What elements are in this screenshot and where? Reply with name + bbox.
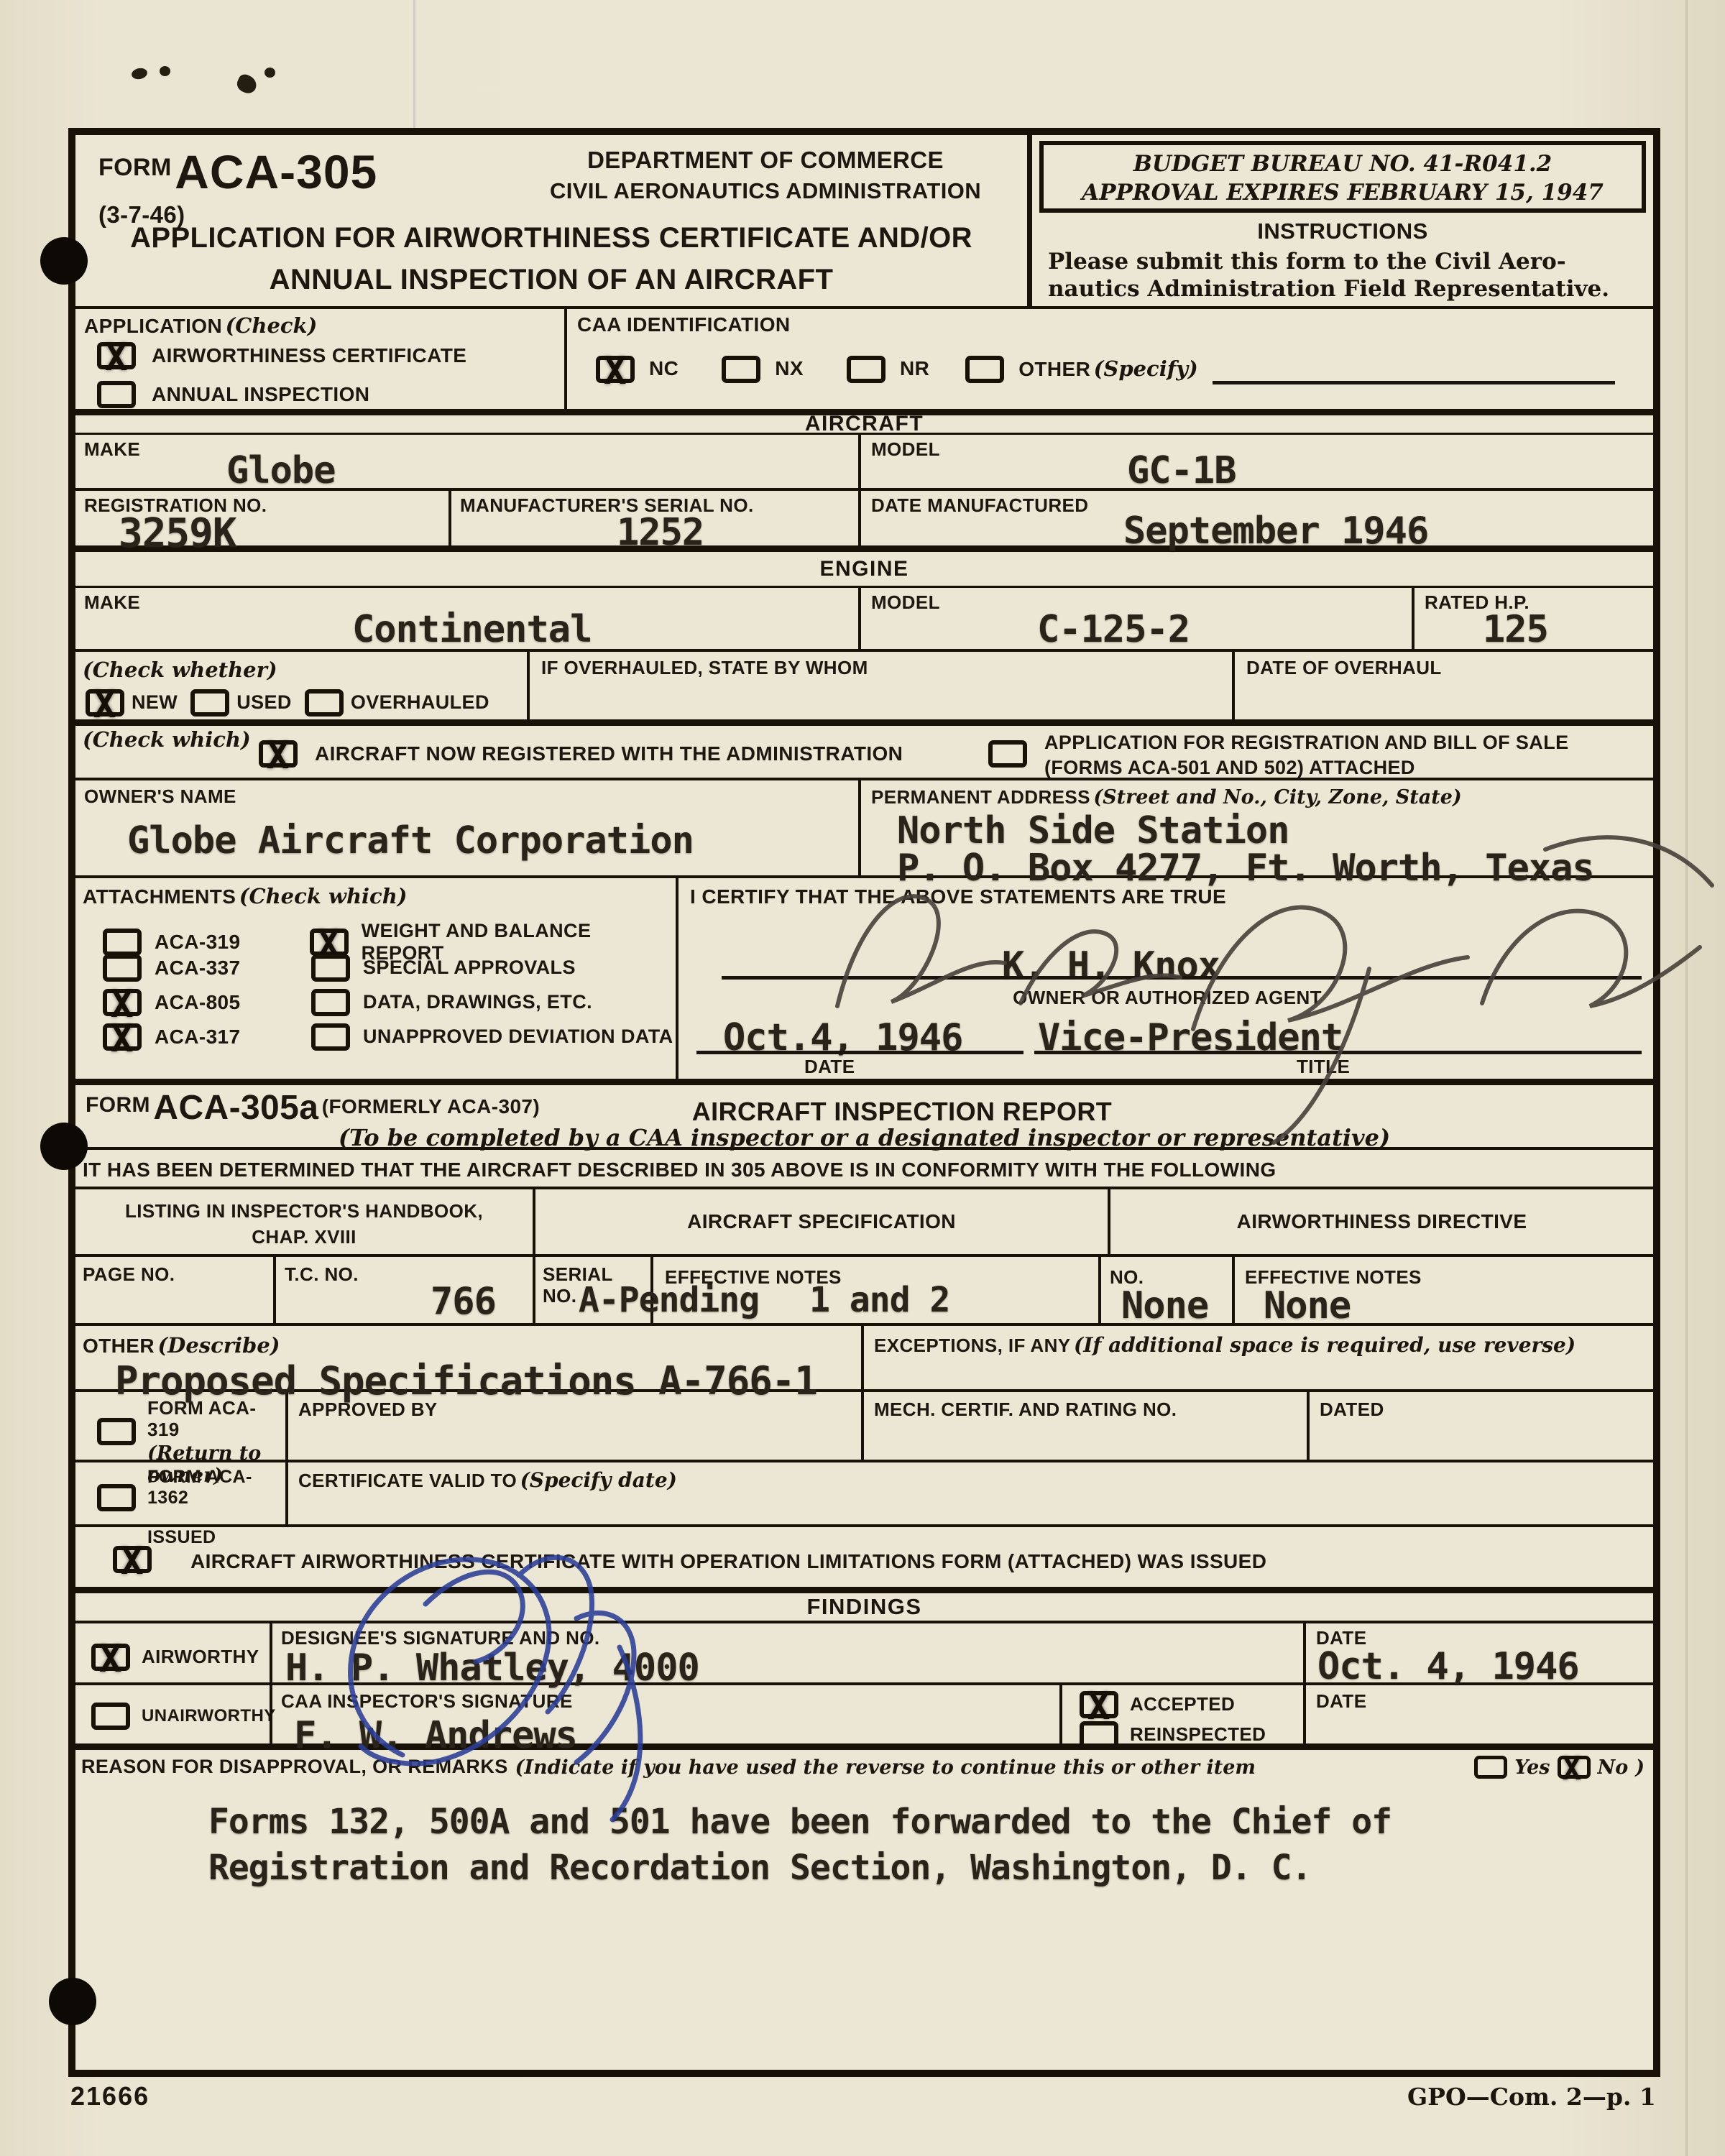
scan-crease	[1685, 0, 1688, 2156]
owner-address-line1: North Side Station	[897, 812, 1289, 849]
ink-speck	[234, 73, 259, 96]
valid-to-label-hint: (Specify date)	[520, 1468, 677, 1492]
form-319-checkbox	[97, 1418, 136, 1445]
remarks-no-label: No	[1598, 1756, 1629, 1779]
application-attached-option: APPLICATION FOR REGISTRATION AND BILL OF…	[988, 732, 1569, 779]
nc-checkbox	[596, 356, 635, 383]
application-attached-checkbox	[988, 740, 1027, 768]
caa-identification-section: CAA IDENTIFICATION NC NX NR OTHER (Speci…	[564, 309, 1653, 409]
caa-inspector-typed: F. W. Andrews	[294, 1717, 577, 1754]
conformity-statement: IT HAS BEEN DETERMINED THAT THE AIRCRAFT…	[83, 1158, 1276, 1181]
inspection-form-label: FORM	[86, 1093, 150, 1117]
instructions-line2: nautics Administration Field Representat…	[1032, 275, 1653, 302]
ink-speck	[131, 67, 149, 80]
overhauled-checkbox	[305, 689, 344, 717]
valid-to-label: CERTIFICATE VALID TO (Specify date)	[298, 1468, 677, 1492]
reinspected-option: REINSPECTED	[1080, 1721, 1266, 1749]
aca-317-checkbox	[103, 1023, 142, 1051]
listing-header-cell: LISTING IN INSPECTOR'S HANDBOOK, CHAP. X…	[75, 1189, 533, 1254]
nr-label: NR	[900, 357, 929, 380]
caa-inspector-cell: CAA INSPECTOR'S SIGNATURE F. W. Andrews	[270, 1685, 1059, 1743]
other-id-label-main: OTHER	[1018, 358, 1090, 380]
owner-name-value: Globe Aircraft Corporation	[127, 822, 694, 860]
tc-no-cell: T.C. NO. 766	[273, 1257, 533, 1323]
used-label: USED	[236, 691, 292, 714]
remarks-label-hint: (Indicate if you have used the reverse t…	[515, 1756, 1256, 1779]
registration-status-row: (Check which) AIRCRAFT NOW REGISTERED WI…	[75, 726, 1653, 780]
remarks-label-close: )	[1635, 1756, 1644, 1779]
aircraft-make-model-row: MAKE Globe MODEL GC-1B	[75, 435, 1653, 491]
registered-label: AIRCRAFT NOW REGISTERED WITH THE ADMINIS…	[315, 742, 903, 765]
engine-make-cell: MAKE Continental	[75, 588, 858, 649]
findings-row-1: AIRWORTHY DESIGNEE'S SIGNATURE AND NO. H…	[75, 1623, 1653, 1685]
inspection-table-value-row: PAGE NO. T.C. NO. 766 SERIAL NO. EFFECTI…	[75, 1254, 1653, 1326]
used-checkbox	[190, 689, 229, 717]
date-manufactured-value: September 1946	[1123, 512, 1428, 550]
application-section: APPLICATION (Check) AIRWORTHINESS CERTIF…	[75, 309, 564, 409]
aircraft-section-band: AIRCRAFT	[75, 415, 1653, 435]
accepted-date-label: DATE	[1316, 1691, 1366, 1713]
findings-row-2: UNAIRWORTHY CAA INSPECTOR'S SIGNATURE F.…	[75, 1685, 1653, 1750]
certification-section: I CERTIFY THAT THE ABOVE STATEMENTS ARE …	[676, 878, 1653, 1079]
dated-label: DATED	[1320, 1399, 1384, 1421]
engine-condition-cell: (Check whether) NEW USED OVERHAULED	[75, 652, 527, 719]
inspection-form-number: ACA-305a	[153, 1089, 318, 1127]
registration-no-cell: REGISTRATION NO. 3259K	[75, 491, 448, 545]
date-line	[696, 1051, 1023, 1054]
other-id-checkbox	[965, 356, 1004, 383]
form-header-left: FORM ACA-305 (3-7-46) DEPARTMENT OF COMM…	[75, 135, 1027, 306]
department-block: DEPARTMENT OF COMMERCE CIVIL AERONAUTICS…	[507, 147, 1024, 204]
owner-address-label: PERMANENT ADDRESS (Street and No., City,…	[871, 786, 1462, 808]
inspection-title: AIRCRAFT INSPECTION REPORT	[579, 1097, 1225, 1126]
findings-title: FINDINGS	[806, 1594, 921, 1620]
unapproved-deviation-label: UNAPPROVED DEVIATION DATA	[363, 1026, 673, 1048]
ink-speck	[160, 66, 170, 76]
nx-label: NX	[775, 357, 804, 380]
other-label-main: OTHER	[83, 1335, 155, 1357]
other-exceptions-row: OTHER (Describe) Proposed Specifications…	[75, 1326, 1653, 1392]
application-option-annual: ANNUAL INSPECTION	[97, 381, 369, 408]
new-checkbox	[86, 689, 124, 717]
caa-identification-label: CAA IDENTIFICATION	[577, 313, 791, 336]
engine-hp-cell: RATED H.P. 125	[1412, 588, 1653, 649]
unairworthy-cell: UNAIRWORTHY	[75, 1685, 270, 1743]
remarks-section: REASON FOR DISAPPROVAL, OR REMARKS (Indi…	[75, 1750, 1653, 2068]
annual-inspection-checkbox	[97, 381, 136, 408]
aca-319-checkbox	[103, 929, 142, 956]
issued-statement-row: AIRCRAFT AIRWORTHINESS CERTIFICATE WITH …	[75, 1527, 1653, 1593]
check-which-hint: (Check which)	[83, 727, 251, 752]
unairworthy-option: UNAIRWORTHY	[91, 1703, 276, 1730]
scanned-form-page: FORM ACA-305 (3-7-46) DEPARTMENT OF COMM…	[0, 0, 1725, 2156]
other-label-hint: (Describe)	[157, 1333, 280, 1358]
application-label-main: APPLICATION	[84, 315, 222, 337]
aca-337-label: ACA-337	[155, 957, 298, 980]
form-id-block: FORM ACA-305 (3-7-46)	[98, 145, 377, 229]
form-number: ACA-305	[175, 145, 377, 198]
exceptions-label: EXCEPTIONS, IF ANY (If additional space …	[874, 1333, 1629, 1357]
other-id-blank-line	[1213, 354, 1615, 384]
directive-header: AIRWORTHINESS DIRECTIVE	[1237, 1210, 1527, 1233]
directive-no-value: None	[1121, 1287, 1208, 1325]
hole-punch	[49, 1978, 96, 2025]
overhauled-label: OVERHAULED	[351, 691, 489, 714]
airworthy-option: AIRWORTHY	[91, 1644, 259, 1671]
engine-section-band: ENGINE	[75, 552, 1653, 588]
caa-inspector-label: CAA INSPECTOR'S SIGNATURE	[281, 1691, 573, 1713]
spec-header-cell: AIRCRAFT SPECIFICATION	[533, 1189, 1108, 1254]
owner-address-cell: PERMANENT ADDRESS (Street and No., City,…	[858, 780, 1653, 875]
remarks-body-line2: Registration and Recordation Section, Wa…	[208, 1848, 1391, 1889]
inspection-formerly: (FORMERLY ACA-307)	[322, 1095, 540, 1118]
print-code: 21666	[70, 2081, 149, 2111]
nx-checkbox	[722, 356, 760, 383]
date-manufactured-cell: DATE MANUFACTURED September 1946	[858, 491, 1653, 545]
inspection-subtitle: (To be completed by a CAA inspector or a…	[75, 1124, 1653, 1151]
application-attached-line1: APPLICATION FOR REGISTRATION AND BILL OF…	[1044, 732, 1569, 754]
certify-title-label: TITLE	[1297, 1056, 1350, 1078]
form-1362-checkbox	[97, 1484, 136, 1511]
accepted-checkbox	[1080, 1691, 1118, 1718]
owner-agent-label: OWNER OR AUTHORIZED AGENT	[678, 987, 1656, 1009]
remarks-label-main: REASON FOR DISAPPROVAL, OR REMARKS	[81, 1756, 508, 1778]
application-attached-label: APPLICATION FOR REGISTRATION AND BILL OF…	[1044, 732, 1569, 779]
unairworthy-label: UNAIRWORTHY	[142, 1706, 276, 1726]
form-title-line2: ANNUAL INSPECTION OF AN AIRCRAFT	[75, 263, 1027, 296]
directive-notes-value: None	[1264, 1287, 1351, 1325]
signature-line	[722, 976, 1642, 980]
aca-805-label: ACA-805	[155, 991, 298, 1014]
remarks-yes-label: Yes	[1514, 1756, 1550, 1779]
remarks-yes-checkbox	[1474, 1756, 1507, 1779]
application-label-hint: (Check)	[226, 313, 318, 338]
overhauled-by-cell: IF OVERHAULED, STATE BY WHOM	[527, 652, 1232, 719]
department-line2: CIVIL AERONAUTICS ADMINISTRATION	[507, 178, 1024, 204]
inspection-table-header-row: LISTING IN INSPECTOR'S HANDBOOK, CHAP. X…	[75, 1189, 1653, 1254]
title-line	[1034, 1051, 1642, 1054]
hole-punch	[40, 237, 88, 285]
serial-no-value: 1252	[617, 514, 704, 551]
tc-no-value: 766	[431, 1283, 496, 1320]
listing-header: LISTING IN INSPECTOR'S HANDBOOK, CHAP. X…	[75, 1201, 533, 1248]
reinspected-checkbox	[1080, 1721, 1118, 1749]
budget-bureau-line1: BUDGET BUREAU NO. 41-R041.2	[1044, 151, 1642, 177]
other-id-label-hint: (Specify)	[1094, 356, 1198, 381]
application-caa-row: APPLICATION (Check) AIRWORTHINESS CERTIF…	[75, 309, 1653, 415]
owner-address-label-main: PERMANENT ADDRESS	[871, 786, 1090, 808]
engine-condition-options: NEW USED OVERHAULED	[86, 689, 489, 717]
other-label: OTHER (Describe)	[83, 1333, 280, 1358]
aca-319-label: ACA-319	[155, 931, 297, 954]
exceptions-label-main: EXCEPTIONS, IF ANY	[874, 1335, 1071, 1356]
mech-certif-label: MECH. CERTIF. AND RATING NO.	[874, 1399, 1177, 1421]
data-drawings-label: DATA, DRAWINGS, ETC.	[363, 991, 592, 1013]
engine-make-label: MAKE	[84, 592, 140, 614]
owner-name-cell: OWNER'S NAME Globe Aircraft Corporation	[75, 780, 858, 875]
application-label: APPLICATION (Check)	[84, 313, 317, 338]
data-drawings-checkbox	[311, 989, 350, 1016]
remarks-label-row: REASON FOR DISAPPROVAL, OR REMARKS (Indi…	[81, 1756, 1644, 1779]
owner-name-label: OWNER'S NAME	[84, 786, 236, 808]
engine-model-cell: MODEL C-125-2	[858, 588, 1412, 649]
registered-checkbox	[259, 740, 298, 768]
accepted-label: ACCEPTED	[1130, 1694, 1235, 1715]
certify-statement: I CERTIFY THAT THE ABOVE STATEMENTS ARE …	[690, 885, 1226, 908]
form-1362-label-line1: FORM ACA-1362	[147, 1467, 287, 1508]
dated-cell: DATED	[1307, 1392, 1653, 1460]
aircraft-model-value: GC-1B	[1127, 452, 1236, 489]
owner-address-label-hint: (Street and No., City, Zone, State)	[1093, 786, 1461, 808]
aircraft-registration-row: REGISTRATION NO. 3259K MANUFACTURER'S SE…	[75, 491, 1653, 552]
engine-hp-value: 125	[1483, 611, 1548, 648]
owner-row: OWNER'S NAME Globe Aircraft Corporation …	[75, 780, 1653, 878]
special-approvals-label: SPECIAL APPROVALS	[363, 957, 576, 979]
nc-label: NC	[649, 357, 678, 380]
page-no-cell: PAGE NO.	[75, 1257, 273, 1323]
registered-option: AIRCRAFT NOW REGISTERED WITH THE ADMINIS…	[259, 740, 903, 768]
directive-notes-cell: EFFECTIVE NOTES None	[1232, 1257, 1653, 1323]
aircraft-model-cell: MODEL GC-1B	[858, 435, 1653, 488]
form-1362-cell: FORM ACA-1362 ISSUED	[75, 1462, 285, 1524]
form-aca-305: FORM ACA-305 (3-7-46) DEPARTMENT OF COMM…	[68, 128, 1660, 2077]
budget-bureau-box: BUDGET BUREAU NO. 41-R041.2 APPROVAL EXP…	[1039, 141, 1646, 213]
unapproved-deviation-checkbox	[311, 1023, 350, 1051]
engine-model-value: C-125-2	[1037, 611, 1190, 648]
serial-no-label: MANUFACTURER'S SERIAL NO.	[460, 495, 754, 517]
valid-to-label-main: CERTIFICATE VALID TO	[298, 1470, 517, 1491]
findings-date-value: Oct. 4, 1946	[1317, 1648, 1579, 1685]
registration-no-value: 3259K	[119, 514, 236, 554]
aircraft-section-title: AIRCRAFT	[805, 412, 924, 436]
spec-serial-value: A-Pending	[579, 1283, 759, 1317]
attachments-certification-row: ATTACHMENTS (Check which) ACA-319 WEIGHT…	[75, 878, 1653, 1085]
engine-model-label: MODEL	[871, 592, 940, 614]
spec-values-overlay: A-Pending 1 and 2	[579, 1283, 949, 1317]
findings-band: FINDINGS	[75, 1593, 1653, 1623]
airworthy-cell: AIRWORTHY	[75, 1623, 270, 1682]
engine-make-value: Continental	[352, 611, 592, 648]
attachment-row-2: ACA-337 SPECIAL APPROVALS	[103, 954, 576, 982]
page-no-label: PAGE NO.	[83, 1264, 175, 1286]
instructions-line1: Please submit this form to the Civil Aer…	[1032, 244, 1653, 275]
application-attached-line2: (FORMS ACA-501 AND 502) ATTACHED	[1044, 757, 1569, 779]
airworthy-checkbox	[91, 1644, 130, 1671]
serial-no-cell: MANUFACTURER'S SERIAL NO. 1252	[448, 491, 858, 545]
caa-identification-options: NC NX NR OTHER (Specify)	[596, 354, 1639, 384]
aircraft-make-cell: MAKE Globe	[75, 435, 858, 488]
attachment-row-3: ACA-805 DATA, DRAWINGS, ETC.	[103, 989, 592, 1016]
inspection-form-id: FORM ACA-305a (FORMERLY ACA-307)	[86, 1088, 540, 1128]
certify-date-label: DATE	[804, 1056, 855, 1078]
valid-to-cell: CERTIFICATE VALID TO (Specify date)	[285, 1462, 1653, 1524]
gpo-imprint: GPO—Com. 2—p. 1	[1407, 2083, 1656, 2111]
overhauled-by-label: IF OVERHAULED, STATE BY WHOM	[541, 658, 868, 679]
findings-date-cell: DATE Oct. 4, 1946	[1303, 1623, 1653, 1682]
form-header-row: FORM ACA-305 (3-7-46) DEPARTMENT OF COMM…	[75, 135, 1653, 309]
attachments-label-main: ATTACHMENTS	[83, 885, 236, 908]
spec-header: AIRCRAFT SPECIFICATION	[687, 1210, 956, 1233]
reinspected-label: REINSPECTED	[1130, 1724, 1266, 1746]
engine-section-title: ENGINE	[819, 557, 908, 581]
accepted-cell: ACCEPTED REINSPECTED	[1059, 1685, 1303, 1743]
special-approvals-checkbox	[311, 954, 350, 982]
remarks-body-line1: Forms 132, 500A and 501 have been forwar…	[208, 1802, 1391, 1843]
ink-speck	[264, 68, 275, 78]
other-id-label: OTHER (Specify)	[1018, 356, 1198, 381]
attachment-row-4: ACA-317 UNAPPROVED DEVIATION DATA	[103, 1023, 673, 1051]
listing-header-line1: LISTING IN INSPECTOR'S HANDBOOK,	[75, 1201, 533, 1222]
check-whether-hint: (Check whether)	[83, 658, 277, 682]
other-cell: OTHER (Describe) Proposed Specifications…	[75, 1326, 861, 1389]
tc-no-label: T.C. NO.	[285, 1264, 359, 1286]
unairworthy-checkbox	[91, 1703, 130, 1730]
aca-317-label: ACA-317	[155, 1026, 298, 1049]
engine-make-model-row: MAKE Continental MODEL C-125-2 RATED H.P…	[75, 588, 1653, 652]
airworthiness-certificate-label: AIRWORTHINESS CERTIFICATE	[152, 344, 466, 367]
accepted-option: ACCEPTED	[1080, 1691, 1235, 1718]
budget-bureau-line2: APPROVAL EXPIRES FEBRUARY 15, 1947	[1044, 180, 1642, 206]
instructions-title: INSTRUCTIONS	[1032, 218, 1653, 244]
form-title-line1: APPLICATION FOR AIRWORTHINESS CERTIFICAT…	[75, 221, 1027, 254]
other-value: Proposed Specifications A-766-1	[115, 1362, 817, 1401]
form-label: FORM	[98, 154, 172, 181]
directive-header-cell: AIRWORTHINESS DIRECTIVE	[1108, 1189, 1653, 1254]
form-title-block: APPLICATION FOR AIRWORTHINESS CERTIFICAT…	[75, 221, 1027, 296]
scan-crease	[413, 0, 415, 144]
department-line1: DEPARTMENT OF COMMERCE	[507, 147, 1024, 174]
form-header-right: BUDGET BUREAU NO. 41-R041.2 APPROVAL EXP…	[1027, 135, 1653, 306]
remarks-no-checkbox	[1558, 1756, 1591, 1779]
annual-inspection-label: ANNUAL INSPECTION	[152, 383, 369, 406]
exceptions-cell: EXCEPTIONS, IF ANY (If additional space …	[861, 1326, 1653, 1389]
aca-337-checkbox	[103, 954, 142, 982]
attachments-label: ATTACHMENTS (Check which)	[83, 884, 408, 908]
overhaul-date-cell: DATE OF OVERHAUL	[1232, 652, 1653, 719]
inspection-header-row: FORM ACA-305a (FORMERLY ACA-307) AIRCRAF…	[75, 1085, 1653, 1150]
new-label: NEW	[132, 691, 178, 714]
aircraft-model-label: MODEL	[871, 439, 940, 461]
accepted-date-cell: DATE	[1303, 1685, 1653, 1743]
aircraft-make-label: MAKE	[84, 439, 140, 461]
mech-certif-cell: MECH. CERTIF. AND RATING NO.	[861, 1392, 1307, 1460]
engine-condition-row: (Check whether) NEW USED OVERHAULED IF O…	[75, 652, 1653, 726]
conformity-row: IT HAS BEEN DETERMINED THAT THE AIRCRAFT…	[75, 1150, 1653, 1189]
date-manufactured-label: DATE MANUFACTURED	[871, 495, 1088, 517]
nr-checkbox	[847, 356, 885, 383]
certificate-issued-label: AIRCRAFT AIRWORTHINESS CERTIFICATE WITH …	[190, 1550, 1266, 1573]
instructions-box: INSTRUCTIONS Please submit this form to …	[1032, 218, 1653, 302]
attachments-section: ATTACHMENTS (Check which) ACA-319 WEIGHT…	[75, 878, 676, 1079]
exceptions-label-hint: (If additional space is required, use re…	[1074, 1333, 1575, 1357]
attachments-label-hint: (Check which)	[239, 884, 408, 908]
remarks-body: Forms 132, 500A and 501 have been forwar…	[208, 1802, 1391, 1889]
airworthiness-certificate-checkbox	[97, 342, 136, 369]
designee-signature-typed: H. P. Whatley, 4000	[285, 1649, 699, 1687]
aircraft-make-value: Globe	[226, 452, 336, 489]
aca-805-checkbox	[103, 989, 142, 1016]
form-1362-row: FORM ACA-1362 ISSUED CERTIFICATE VALID T…	[75, 1462, 1653, 1527]
certificate-issued-checkbox	[113, 1546, 152, 1573]
spec-notes-value: 1 and 2	[809, 1283, 949, 1317]
airworthy-label: AIRWORTHY	[142, 1646, 259, 1668]
weight-balance-checkbox	[310, 929, 349, 956]
hole-punch	[40, 1123, 88, 1170]
overhaul-date-label: DATE OF OVERHAUL	[1246, 658, 1442, 679]
designee-signature-cell: DESIGNEE'S SIGNATURE AND NO. H. P. Whatl…	[270, 1623, 1303, 1682]
listing-header-line2: CHAP. XVIII	[75, 1227, 533, 1248]
directive-no-cell: NO. None	[1098, 1257, 1232, 1323]
application-option-airworthiness: AIRWORTHINESS CERTIFICATE	[97, 342, 466, 369]
